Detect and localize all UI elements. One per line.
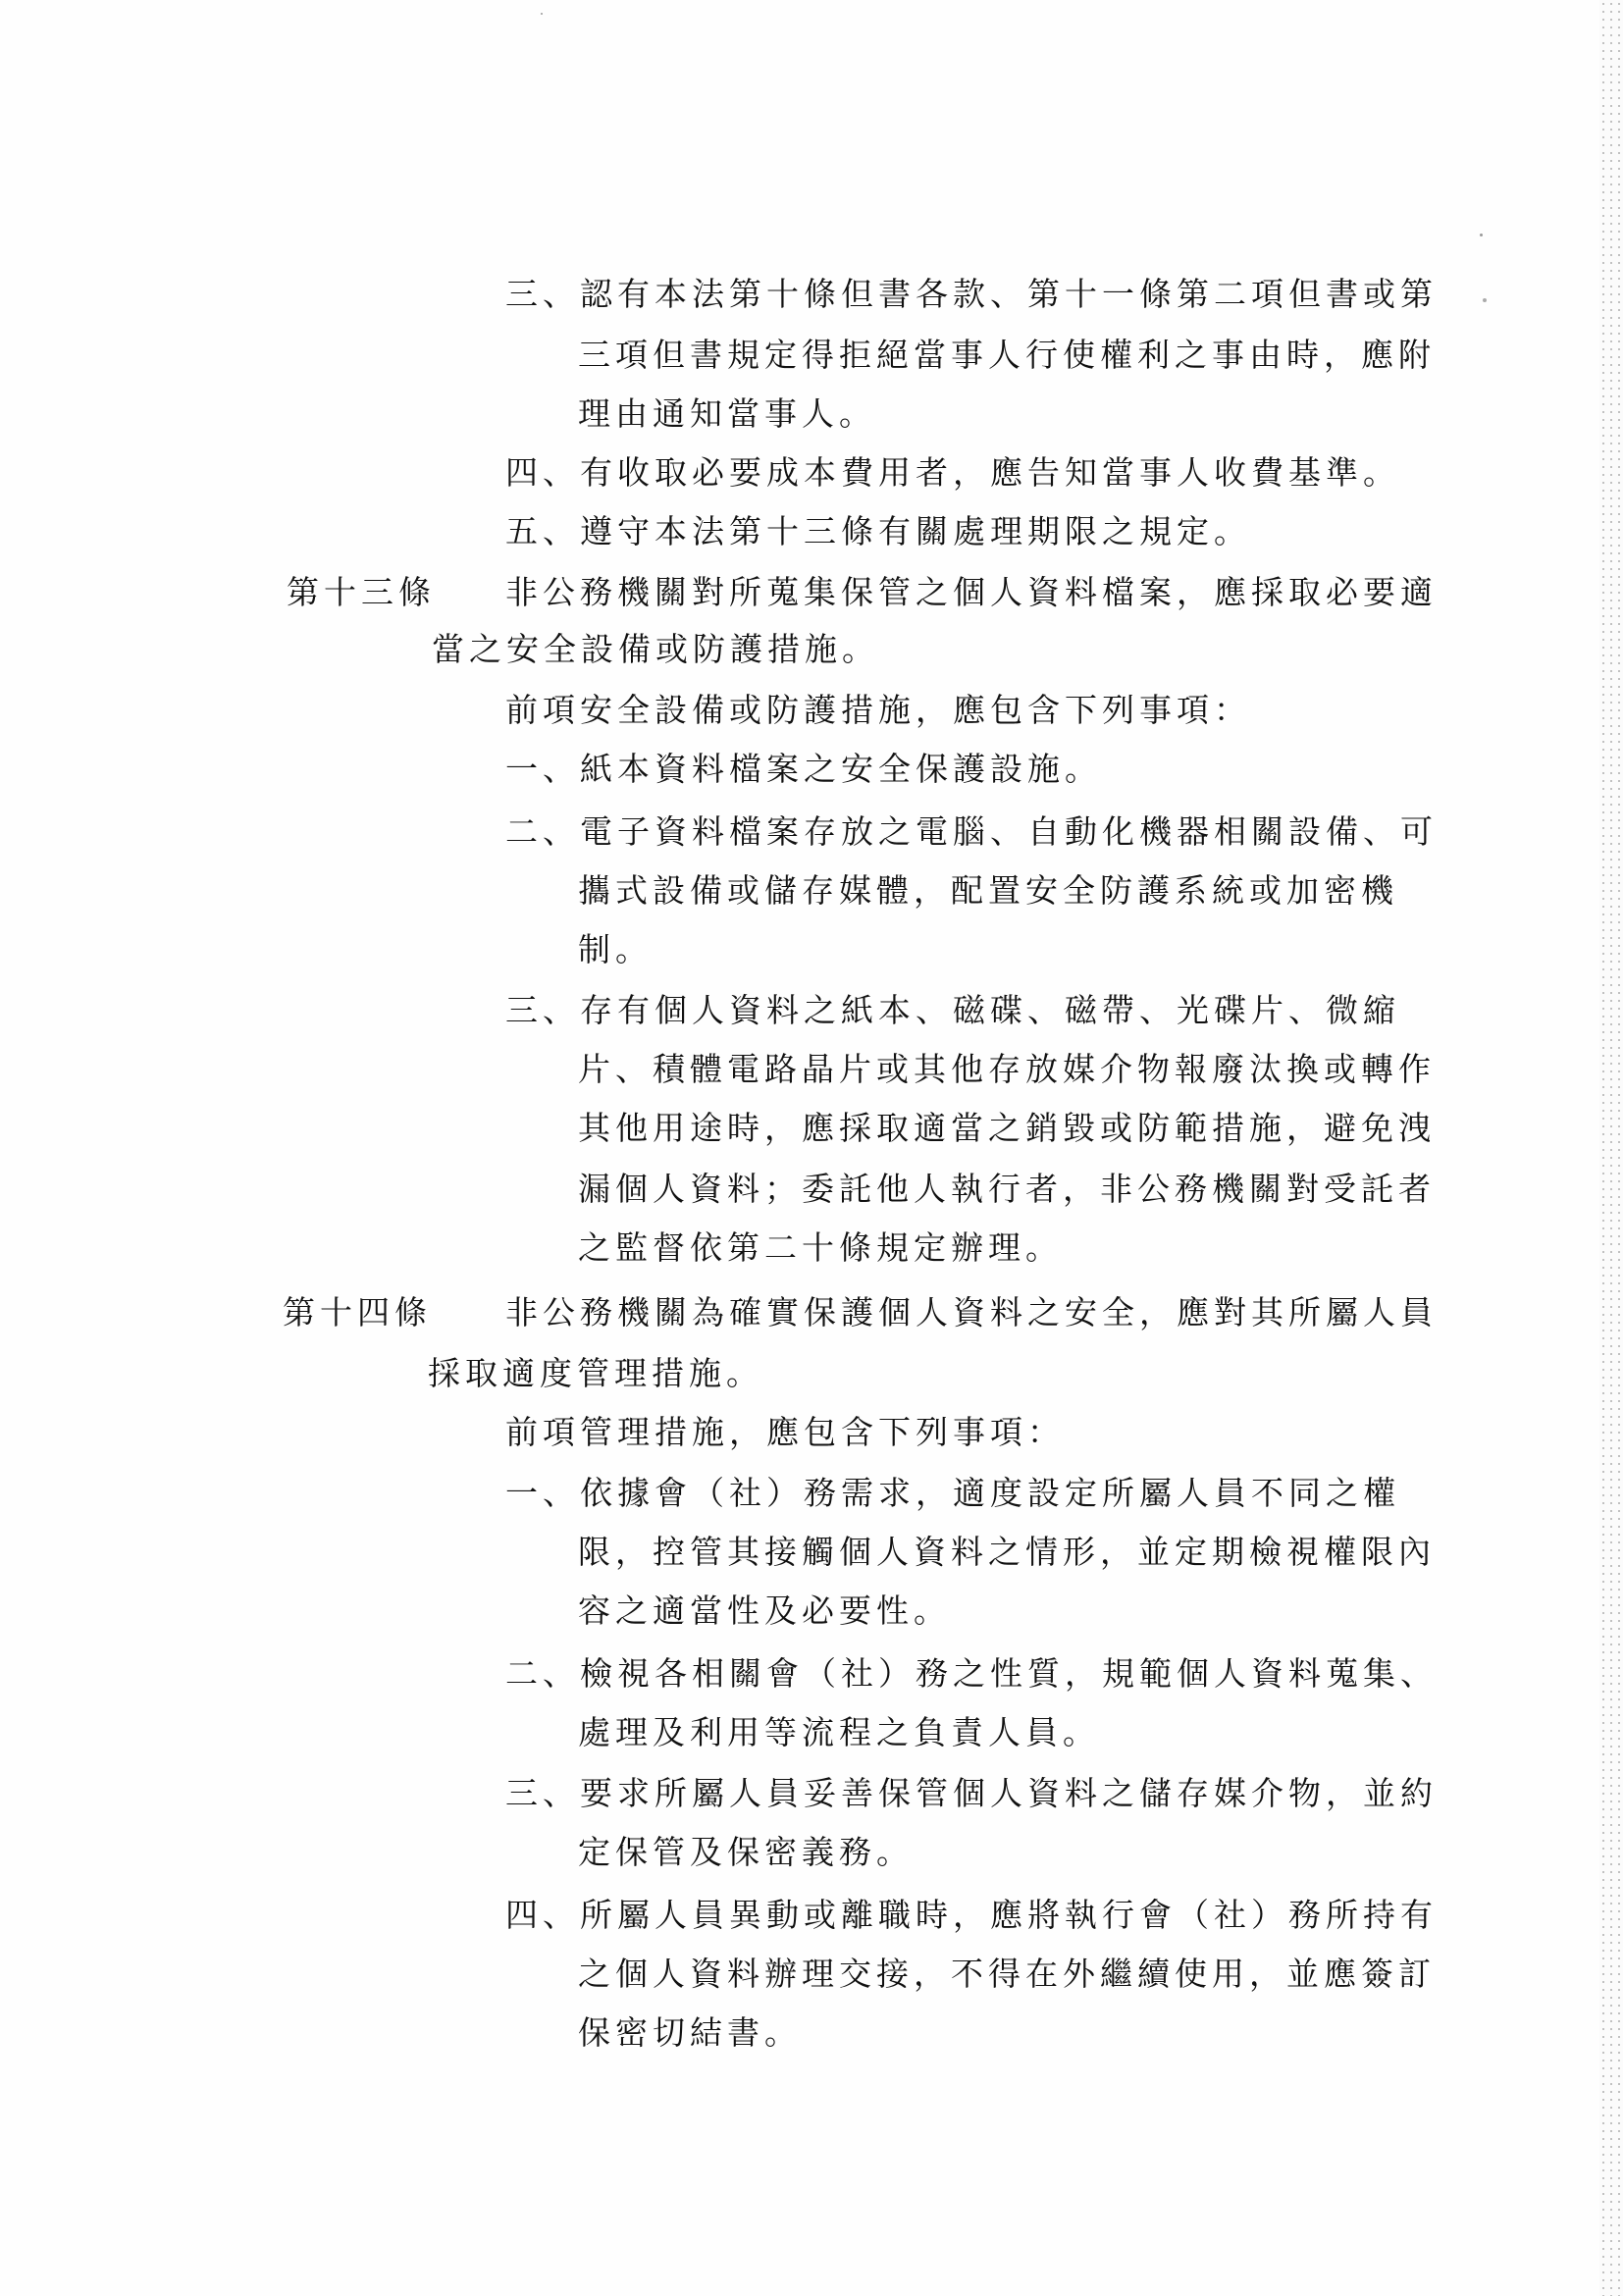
list-item-continuation: 處理及利用等流程之負責人員。 <box>578 1713 1100 1752</box>
list-item-continuation: 之個人資料辦理交接，不得在外繼續使用，並應簽訂 <box>578 1955 1436 1994</box>
article-text-continuation: 採取適度管理措施。 <box>428 1354 763 1393</box>
list-item: 一、依據會（社）務需求，適度設定所屬人員不同之權 <box>505 1474 1400 1513</box>
list-item: 二、電子資料檔案存放之電腦、自動化機器相關設備、可 <box>505 812 1438 852</box>
list-item-continuation: 攜式設備或儲存媒體，配置安全防護系統或加密機 <box>578 871 1398 911</box>
article-text: 非公務機關為確實保護個人資料之安全，應對其所屬人員 <box>505 1293 1438 1332</box>
list-item-continuation: 片、積體電路晶片或其他存放媒介物報廢汰換或轉作 <box>578 1050 1436 1089</box>
article-number: 第十三條 <box>287 573 436 612</box>
scan-edge-strip <box>1599 0 1623 2296</box>
list-item: 五、遵守本法第十三條有關處理期限之規定。 <box>505 512 1251 551</box>
list-item: 四、所屬人員異動或離職時，應將執行會（社）務所持有 <box>505 1896 1438 1935</box>
list-item-continuation: 漏個人資料；委託他人執行者，非公務機關對受託者 <box>578 1170 1436 1209</box>
list-item-continuation: 理由通知當事人。 <box>578 394 876 434</box>
scan-speck <box>1483 298 1487 302</box>
list-item: 三、存有個人資料之紙本、磁碟、磁帶、光碟片、微縮 <box>505 991 1400 1030</box>
list-item-continuation: 其他用途時，應採取適當之銷毀或防範措施，避免洩 <box>578 1109 1436 1148</box>
list-item: 一、紙本資料檔案之安全保護設施。 <box>505 750 1102 789</box>
scan-speck <box>1480 234 1483 236</box>
list-item: 三、要求所屬人員妥善保管個人資料之儲存媒介物，並約 <box>505 1774 1438 1813</box>
list-item-continuation: 保密切結書。 <box>578 2013 802 2053</box>
list-item-continuation: 之監督依第二十條規定辦理。 <box>578 1228 1063 1268</box>
article-text-continuation: 當之安全設備或防護措施。 <box>432 630 879 669</box>
scanned-page: 三、認有本法第十條但書各款、第十一條第二項但書或第三項但書規定得拒絕當事人行使權… <box>0 0 1623 2296</box>
list-item-continuation: 三項但書規定得拒絕當事人行使權利之事由時，應附 <box>578 336 1436 375</box>
paragraph: 前項安全設備或防護措施，應包含下列事項： <box>505 691 1251 730</box>
list-item-continuation: 定保管及保密義務。 <box>578 1833 914 1872</box>
list-item-continuation: 限，控管其接觸個人資料之情形，並定期檢視權限內 <box>578 1533 1436 1572</box>
article-number: 第十四條 <box>283 1293 432 1332</box>
list-item: 四、有收取必要成本費用者，應告知當事人收費基準。 <box>505 453 1400 493</box>
list-item-continuation: 制。 <box>578 930 653 969</box>
list-item: 三、認有本法第十條但書各款、第十一條第二項但書或第 <box>505 275 1438 314</box>
paragraph: 前項管理措施，應包含下列事項： <box>505 1413 1065 1452</box>
list-item: 二、檢視各相關會（社）務之性質，規範個人資料蒐集、 <box>505 1654 1438 1694</box>
list-item-continuation: 容之適當性及必要性。 <box>578 1592 951 1631</box>
article-text: 非公務機關對所蒐集保管之個人資料檔案，應採取必要適 <box>505 573 1438 612</box>
scan-speck <box>541 13 543 15</box>
